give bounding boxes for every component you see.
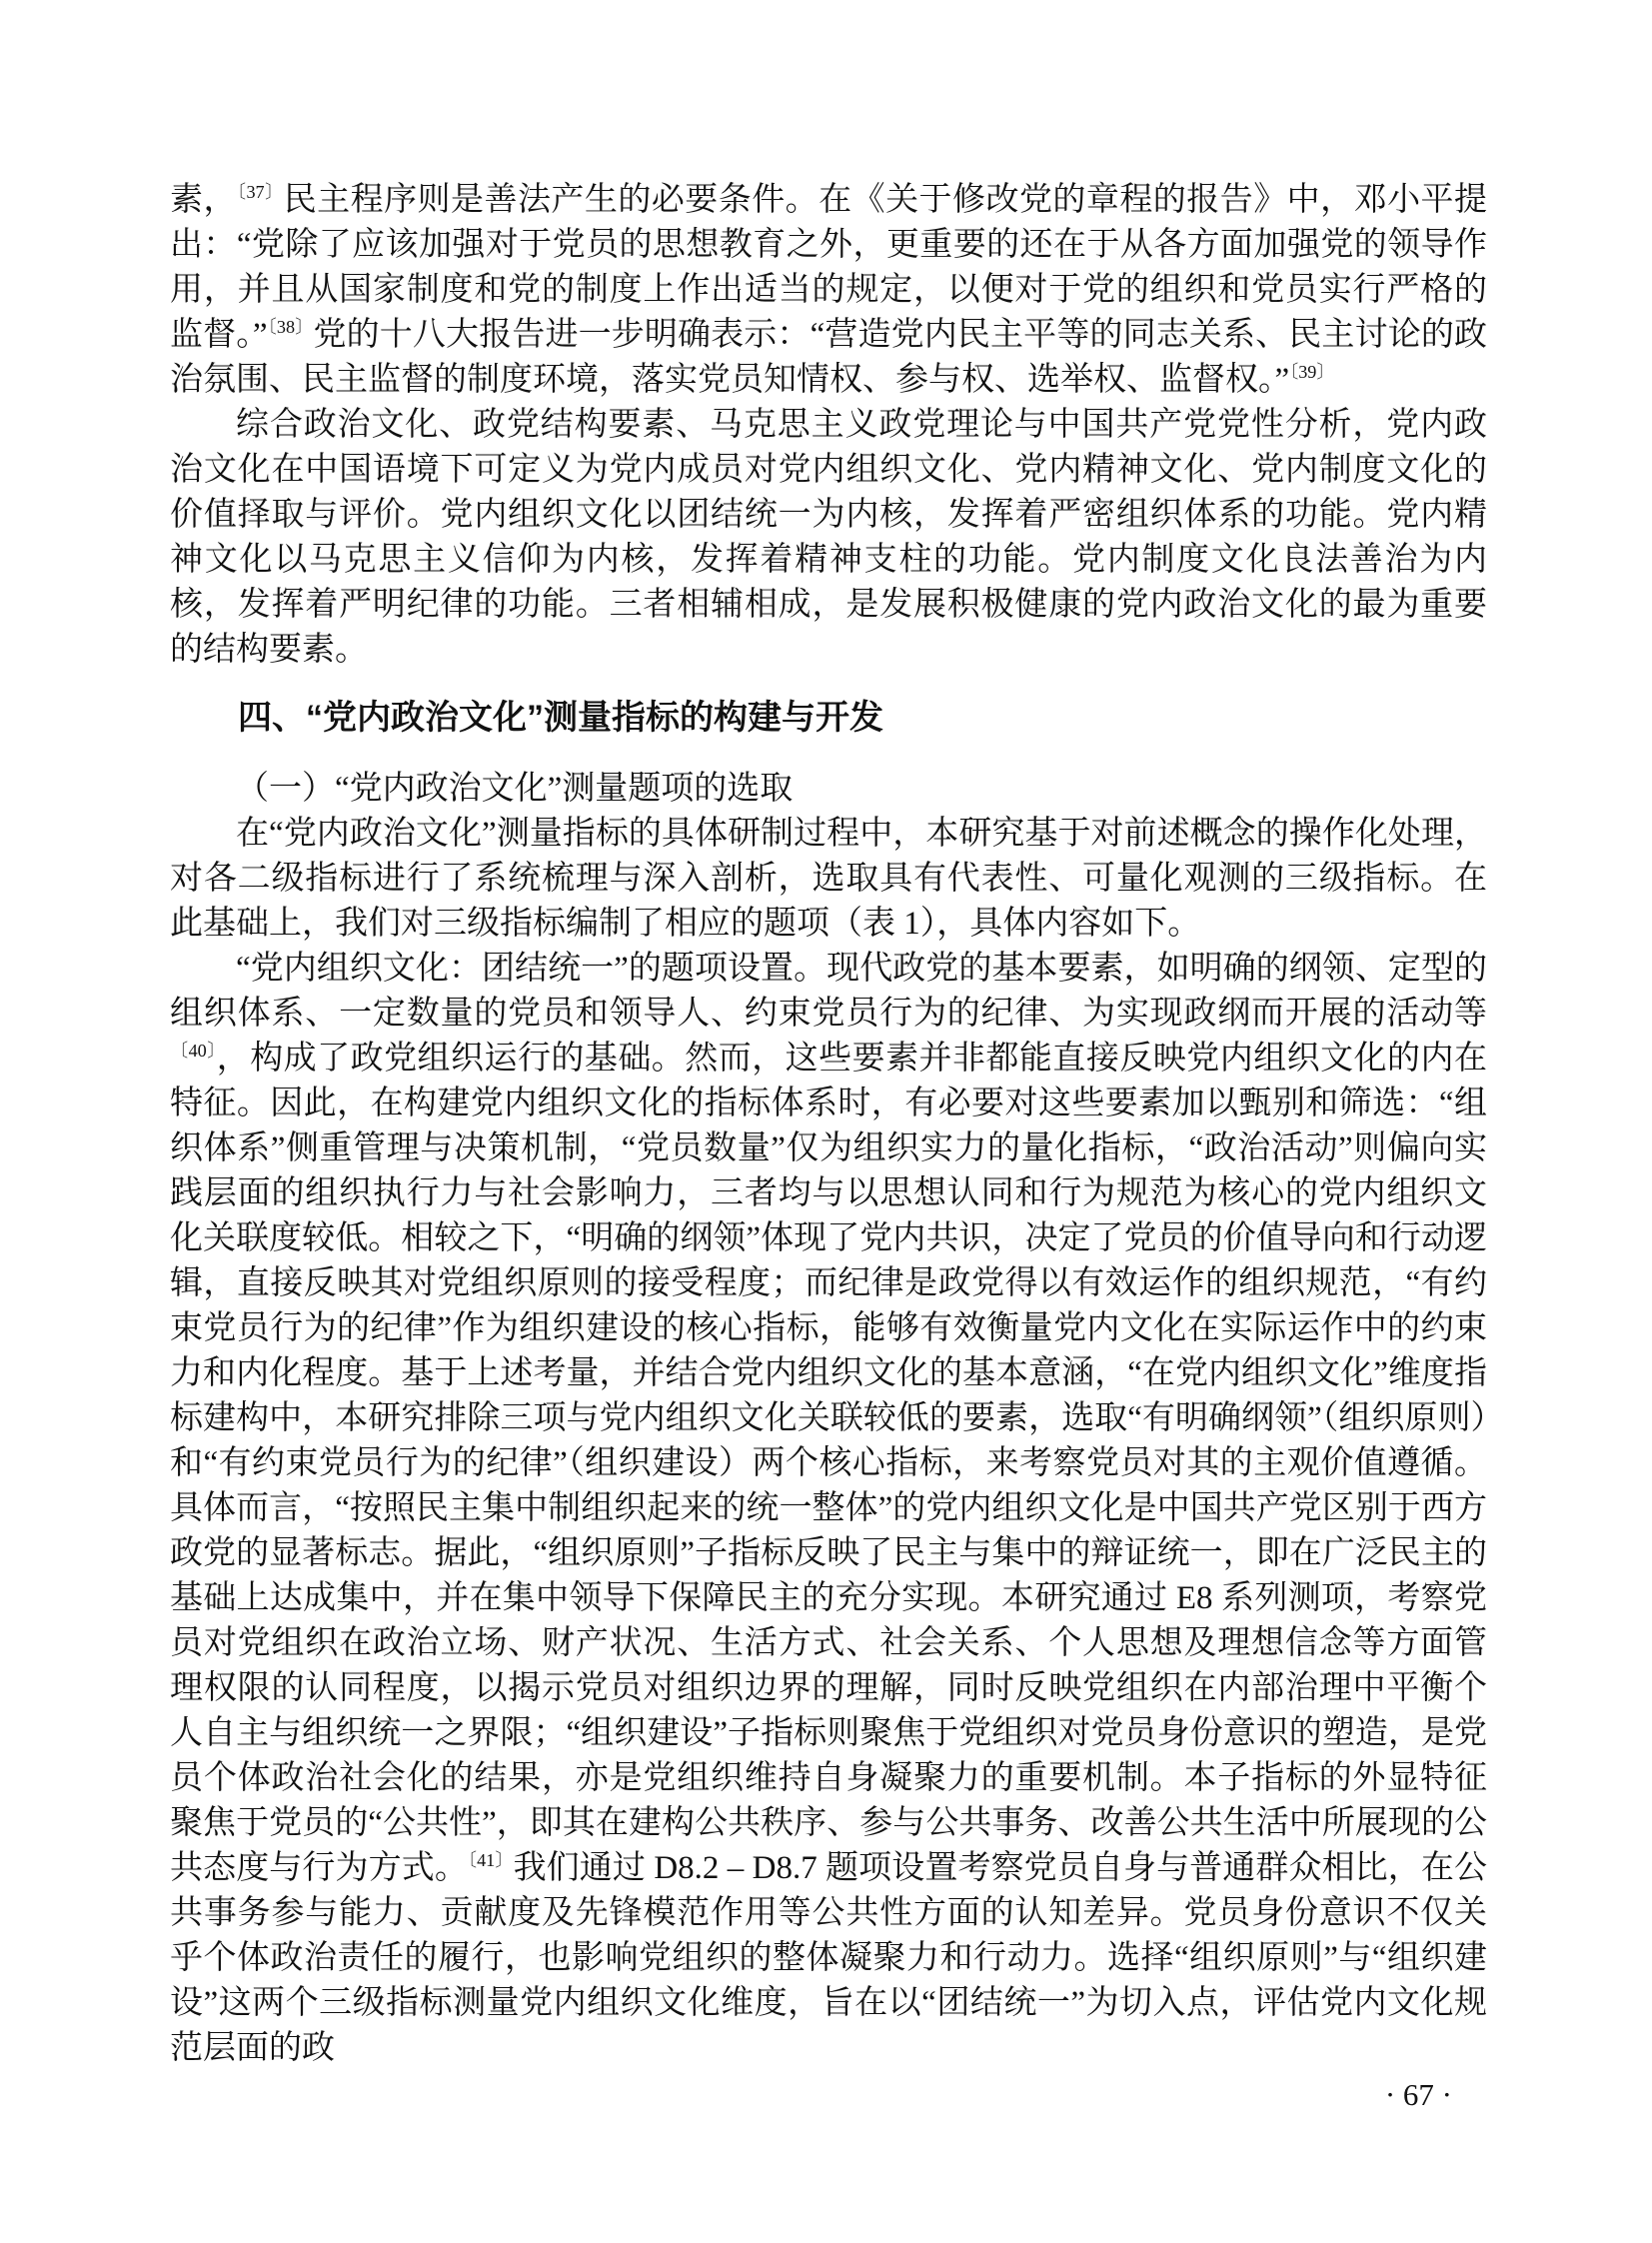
footnote-ref: 〔39〕: [1289, 362, 1334, 382]
footnote-ref: 〔37〕: [237, 182, 284, 202]
page: 素，〔37〕民主程序则是善法产生的必要条件。在《关于修改党的章程的报告》中，邓小…: [0, 0, 1652, 2243]
paragraph-summary: 综合政治文化、政党结构要素、马克思主义政党理论与中国共产党党性分析，党内政治文化…: [170, 403, 1487, 673]
subsection-heading: （一）“党内政治文化”测量题项的选取: [170, 767, 1487, 812]
footnote-ref: 〔40〕: [170, 1041, 217, 1061]
paragraph-item-design: “党内组织文化：团结统一”的题项设置。现代政党的基本要素，如明确的纲领、定型的组…: [170, 947, 1487, 2071]
paragraph-continuation: 素，〔37〕民主程序则是善法产生的必要条件。在《关于修改党的章程的报告》中，邓小…: [170, 178, 1487, 403]
document-body: 素，〔37〕民主程序则是善法产生的必要条件。在《关于修改党的章程的报告》中，邓小…: [170, 178, 1487, 2071]
page-number: · 67 ·: [1385, 2077, 1452, 2113]
footnote-ref: 〔41〕: [468, 1850, 514, 1870]
paragraph-method-intro: 在“党内政治文化”测量指标的具体研制过程中，本研究基于对前述概念的操作化处理，对…: [170, 812, 1487, 947]
footnote-ref: 〔38〕: [268, 317, 314, 337]
section-heading: 四、“党内政治文化”测量指标的构建与开发: [170, 696, 1487, 741]
